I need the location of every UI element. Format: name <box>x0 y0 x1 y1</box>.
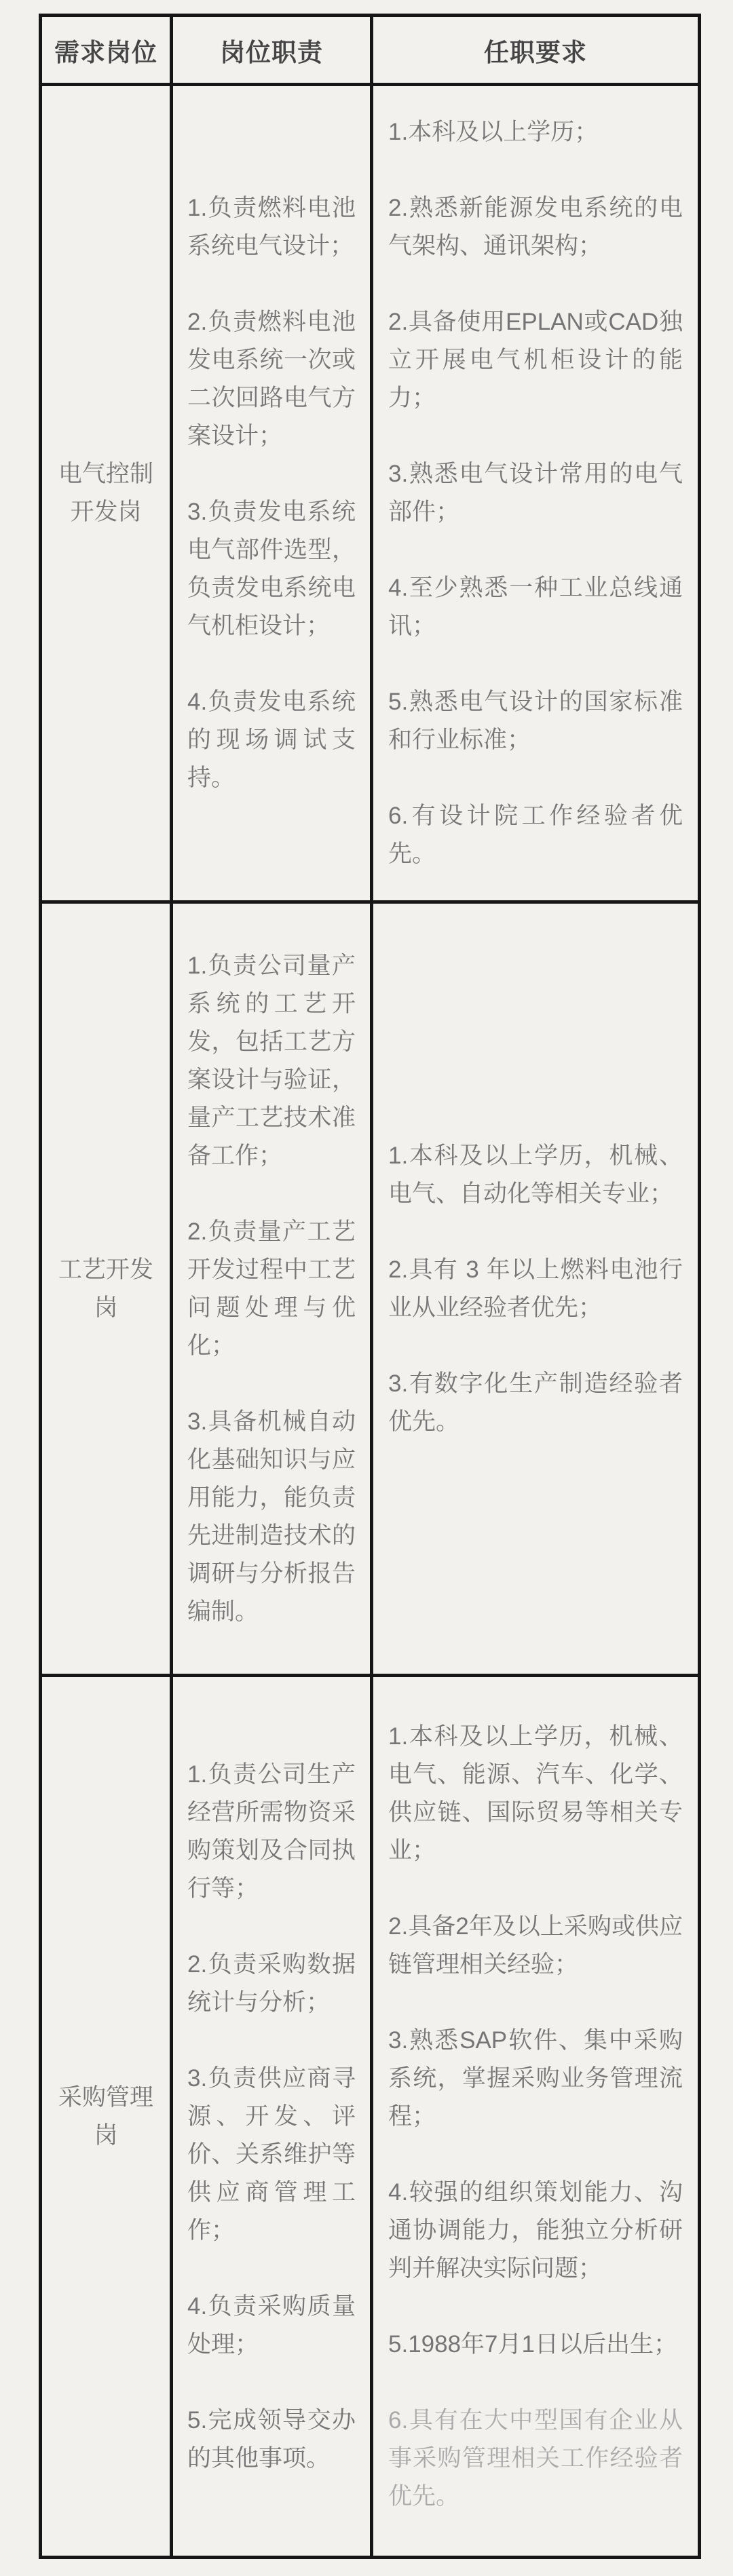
requirements-cell: 1.本科及以上学历，机械、电气、能源、汽车、化学、供应链、国际贸易等相关专业；2… <box>372 1676 700 2558</box>
requirement-item: 5.熟悉电气设计的国家标准和行业标准； <box>388 683 683 759</box>
requirement-item: 1.本科及以上学历，机械、电气、能源、汽车、化学、供应链、国际贸易等相关专业； <box>388 1718 683 1870</box>
requirement-item: 2.熟悉新能源发电系统的电气架构、通讯架构； <box>388 189 683 265</box>
duty-item: 1.负责公司量产系统的工艺开发，包括工艺方案设计与验证，量产工艺技术准备工作； <box>187 947 356 1175</box>
requirement-item: 1.本科及以上学历； <box>388 113 683 151</box>
duties-cell: 1.负责燃料电池系统电气设计；2.负责燃料电池发电系统一次或二次回路电气方案设计… <box>172 85 372 902</box>
duty-item: 4.负责采购质量处理； <box>187 2288 356 2364</box>
job-positions-table: 需求岗位 岗位职责 任职要求 电气控制开发岗 1.负责燃料电池系统电气设计；2.… <box>39 14 701 2559</box>
requirements-list: 1.本科及以上学历，机械、电气、自动化等相关专业；2.具有 3 年以上燃料电池行… <box>388 1137 683 1441</box>
requirements-cell: 1.本科及以上学历；2.熟悉新能源发电系统的电气架构、通讯架构；2.具备使用EP… <box>372 85 700 902</box>
table-row: 电气控制开发岗 1.负责燃料电池系统电气设计；2.负责燃料电池发电系统一次或二次… <box>41 85 700 902</box>
position-name: 采购管理岗 <box>41 1676 172 2558</box>
requirement-item: 4.至少熟悉一种工业总线通讯； <box>388 569 683 645</box>
requirements-cell: 1.本科及以上学历，机械、电气、自动化等相关专业；2.具有 3 年以上燃料电池行… <box>372 902 700 1676</box>
duty-item: 3.负责发电系统电气部件选型，负责发电系统电气机柜设计； <box>187 493 356 645</box>
table-row: 工艺开发岗 1.负责公司量产系统的工艺开发，包括工艺方案设计与验证，量产工艺技术… <box>41 902 700 1676</box>
position-name: 电气控制开发岗 <box>41 85 172 902</box>
requirements-list: 1.本科及以上学历；2.熟悉新能源发电系统的电气架构、通讯架构；2.具备使用EP… <box>388 113 683 873</box>
requirement-item: 1.本科及以上学历，机械、电气、自动化等相关专业； <box>388 1137 683 1213</box>
duty-item: 1.负责燃料电池系统电气设计； <box>187 189 356 265</box>
requirement-item: 2.具有 3 年以上燃料电池行业从业经验者优先； <box>388 1251 683 1327</box>
header-required-position: 需求岗位 <box>41 16 172 85</box>
requirement-item: 2.具备2年及以上采购或供应链管理相关经验； <box>388 1908 683 1984</box>
duties-list: 1.负责燃料电池系统电气设计；2.负责燃料电池发电系统一次或二次回路电气方案设计… <box>187 189 356 797</box>
duty-item: 2.负责量产工艺开发过程中工艺问题处理与优化； <box>187 1213 356 1365</box>
position-name: 工艺开发岗 <box>41 902 172 1676</box>
requirement-item: 5.1988年7月1日以后出生； <box>388 2326 683 2364</box>
requirement-item: 3.有数字化生产制造经验者优先。 <box>388 1365 683 1441</box>
requirement-item: 2.具备使用EPLAN或CAD独立开展电气机柜设计的能力； <box>388 303 683 417</box>
duties-cell: 1.负责公司量产系统的工艺开发，包括工艺方案设计与验证，量产工艺技术准备工作；2… <box>172 902 372 1676</box>
header-row: 需求岗位 岗位职责 任职要求 <box>41 16 700 85</box>
duty-item: 1.负责公司生产经营所需物资采购策划及合同执行等； <box>187 1756 356 1908</box>
duty-item: 2.负责采购数据统计与分析； <box>187 1946 356 2022</box>
duties-list: 1.负责公司生产经营所需物资采购策划及合同执行等；2.负责采购数据统计与分析；3… <box>187 1756 356 2478</box>
requirement-item: 4.较强的组织策划能力、沟通协调能力，能独立分析研判并解决实际问题； <box>388 2174 683 2288</box>
header-job-requirements: 任职要求 <box>372 16 700 85</box>
requirement-item: 6.有设计院工作经验者优先。 <box>388 797 683 873</box>
duty-item: 2.负责燃料电池发电系统一次或二次回路电气方案设计； <box>187 303 356 455</box>
duty-item: 5.完成领导交办的其他事项。 <box>187 2402 356 2478</box>
requirement-item: 3.熟悉SAP软件、集中采购系统，掌握采购业务管理流程； <box>388 2022 683 2136</box>
duties-cell: 1.负责公司生产经营所需物资采购策划及合同执行等；2.负责采购数据统计与分析；3… <box>172 1676 372 2558</box>
duty-item: 3.具备机械自动化基础知识与应用能力，能负责先进制造技术的调研与分析报告编制。 <box>187 1403 356 1631</box>
header-job-duties: 岗位职责 <box>172 16 372 85</box>
requirement-item: 6.具有在大中型国有企业从事采购管理相关工作经验者优先。 <box>388 2402 683 2516</box>
duty-item: 3.负责供应商寻源、开发、评价、关系维护等供应商管理工作； <box>187 2060 356 2250</box>
requirement-item: 3.熟悉电气设计常用的电气部件； <box>388 455 683 531</box>
table-row: 采购管理岗 1.负责公司生产经营所需物资采购策划及合同执行等；2.负责采购数据统… <box>41 1676 700 2558</box>
duties-list: 1.负责公司量产系统的工艺开发，包括工艺方案设计与验证，量产工艺技术准备工作；2… <box>187 947 356 1631</box>
requirements-list: 1.本科及以上学历，机械、电气、能源、汽车、化学、供应链、国际贸易等相关专业；2… <box>388 1718 683 2516</box>
duty-item: 4.负责发电系统的现场调试支持。 <box>187 683 356 797</box>
